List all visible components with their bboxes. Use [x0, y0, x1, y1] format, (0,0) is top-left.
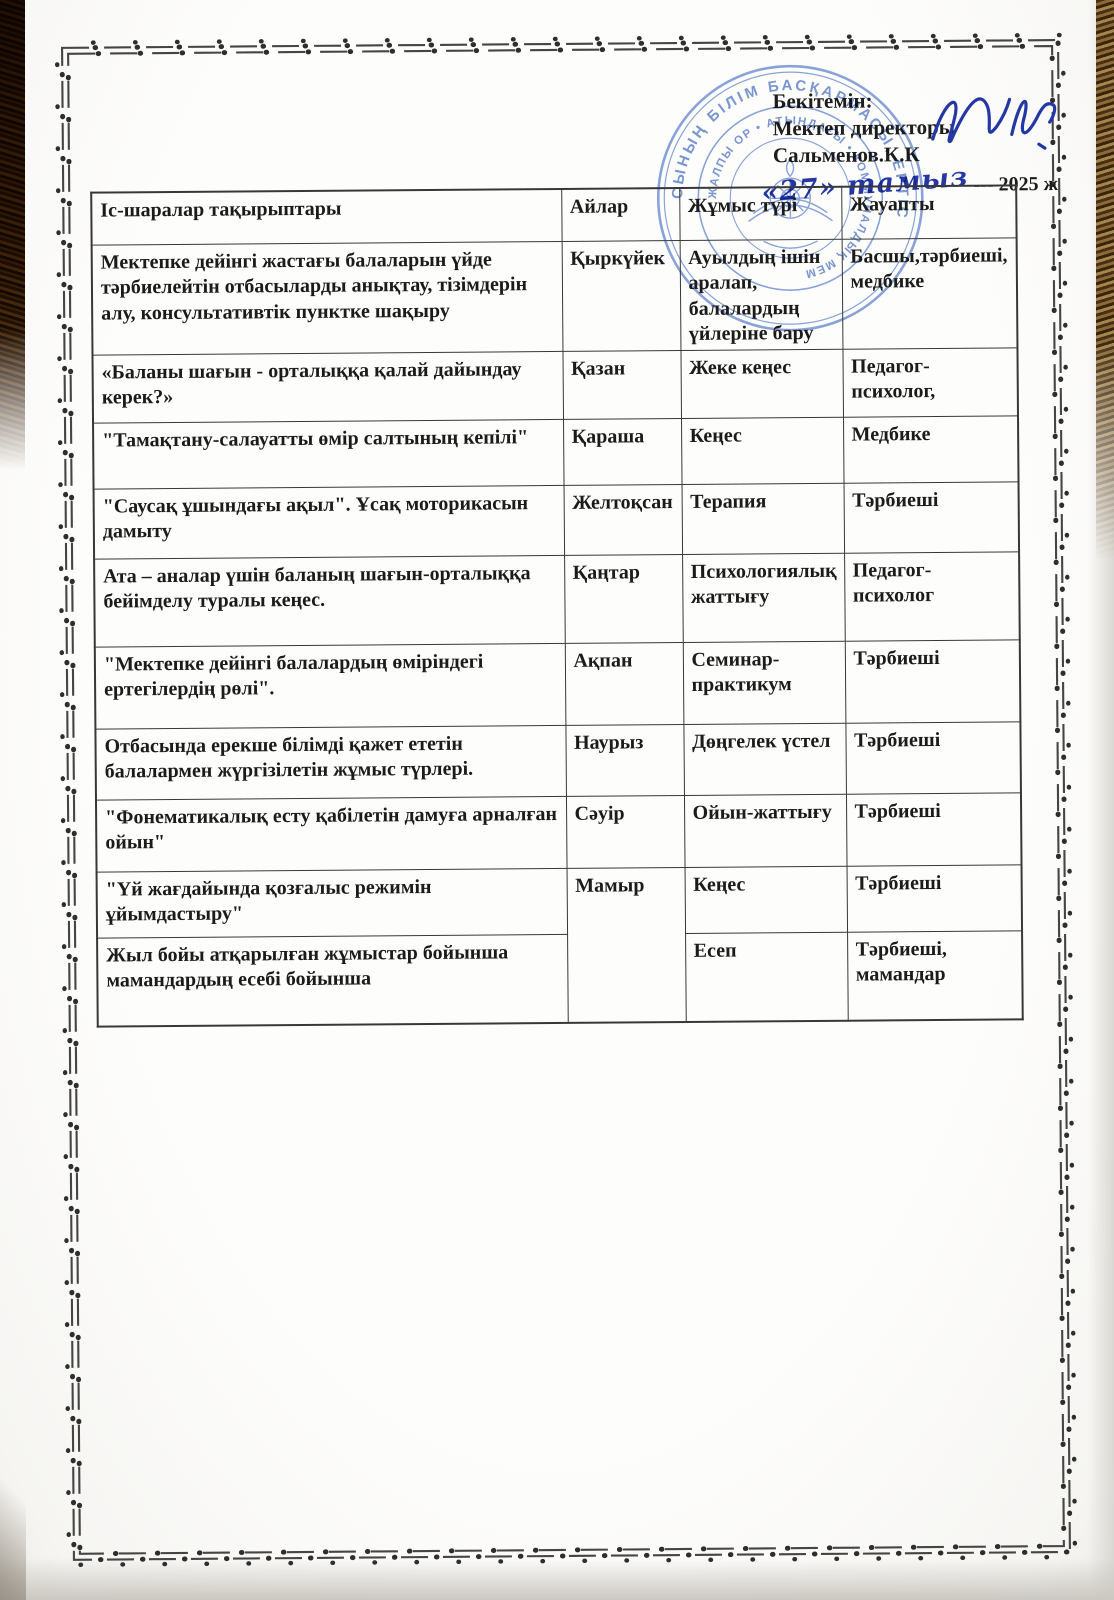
cell-topic: "Фонематикалық есту қабілетін дамуға арн… — [96, 796, 567, 872]
cell-topic: "Саусақ ұшындағы ақыл". Ұсақ моторикасын… — [94, 485, 565, 559]
header-work-type: Жұмыс түрі — [679, 187, 841, 240]
cell-work-type: Ойын-жаттығу — [684, 794, 847, 867]
cell-work-type: Ауылдың ішін аралап, балалардың үйлеріне… — [680, 239, 843, 351]
cell-month: Қараша — [563, 418, 682, 485]
table-row: "Фонематикалық есту қабілетін дамуға арн… — [96, 793, 1022, 872]
cell-work-type: Терапия — [682, 483, 845, 554]
cell-work-type: Есеп — [685, 932, 848, 1022]
table-row: Ата – аналар үшін баланың шағын-орталыққ… — [94, 552, 1020, 647]
cell-topic: "Үй жағдайында қозғалыс режимін ұйымдаст… — [97, 868, 568, 938]
cell-month: Желтоқсан — [564, 484, 683, 555]
director-signature — [922, 74, 1073, 170]
cell-topic: «Баланы шағын - орталыққа қалай дайындау… — [92, 351, 563, 423]
cell-month: Қаңтар — [564, 554, 683, 643]
cell-work-type: Семинар-практикум — [683, 641, 846, 724]
cell-responsible: Медбике — [843, 416, 1019, 483]
cell-responsible: Тәрбиеші — [847, 865, 1023, 932]
cell-month: Мамыр — [567, 867, 686, 1023]
cell-responsible: Тәрбиеші — [846, 793, 1022, 866]
cell-work-type: Кеңес — [681, 417, 844, 484]
document: Бекітемін: Мектеп директоры Сальменов.К.… — [0, 0, 1114, 1600]
cell-work-type: Кеңес — [685, 866, 848, 933]
table-row: "Мектепке дейінгі балалардың өміріндегі … — [95, 640, 1021, 729]
header-responsible: Жауапты — [841, 185, 1016, 238]
cell-responsible: Тәрбиеші — [845, 640, 1021, 723]
cell-month: Қыркүйек — [562, 240, 681, 351]
table-row: «Баланы шағын - орталыққа қалай дайындау… — [92, 348, 1018, 423]
cell-responsible: Тәрбиеші, мамандар — [847, 931, 1023, 1021]
cell-work-type: Жеке кеңес — [680, 349, 843, 418]
cell-topic: Отбасында ерекше білімді қажет ететін ба… — [95, 725, 566, 800]
table-row: Отбасында ерекше білімді қажет ететін ба… — [95, 722, 1021, 800]
cell-month: Қазан — [562, 350, 681, 419]
cell-topic: Жыл бойы атқарылған жұмыстар бойынша мам… — [97, 934, 568, 1027]
cell-responsible: Тәрбиеші — [844, 482, 1020, 553]
table-header-row: Іс-шаралар тақырыптары Айлар Жұмыс түрі … — [91, 185, 1016, 244]
cell-responsible: Басшы,тәрбиеші, медбике — [842, 237, 1018, 349]
table-row: "Саусақ ұшындағы ақыл". Ұсақ моторикасын… — [94, 482, 1020, 559]
cell-topic: Мектепке дейінгі жастағы балаларын үйде … — [92, 241, 563, 355]
events-plan-table: Іс-шаралар тақырыптары Айлар Жұмыс түрі … — [90, 184, 1024, 1028]
header-months: Айлар — [561, 188, 679, 241]
cell-responsible: Педагог-психолог — [844, 552, 1020, 641]
table-row: Жыл бойы атқарылған жұмыстар бойынша мам… — [97, 931, 1023, 1027]
cell-month: Наурыз — [565, 724, 684, 796]
cell-month: Сәуір — [566, 795, 685, 868]
cell-topic: Ата – аналар үшін баланың шағын-орталыққ… — [94, 555, 565, 647]
table-row: "Тамақтану-салауатты өмір салтының кепіл… — [93, 416, 1018, 489]
table-row: "Үй жағдайында қозғалыс режимін ұйымдаст… — [97, 865, 1022, 938]
cell-work-type: Дөңгелек үстел — [683, 723, 846, 795]
cell-responsible: Тәрбиеші — [845, 722, 1021, 794]
cell-topic: "Тамақтану-салауатты өмір салтының кепіл… — [93, 419, 564, 489]
cell-topic: "Мектепке дейінгі балалардың өміріндегі … — [95, 643, 566, 729]
cell-month: Ақпан — [565, 642, 684, 725]
table-row: Мектепке дейінгі жастағы балаларын үйде … — [92, 237, 1018, 355]
header-topics: Іс-шаралар тақырыптары — [91, 189, 561, 245]
cell-work-type: Психологиялық жаттығу — [682, 553, 845, 642]
cell-responsible: Педагог-психолог, — [842, 348, 1018, 417]
